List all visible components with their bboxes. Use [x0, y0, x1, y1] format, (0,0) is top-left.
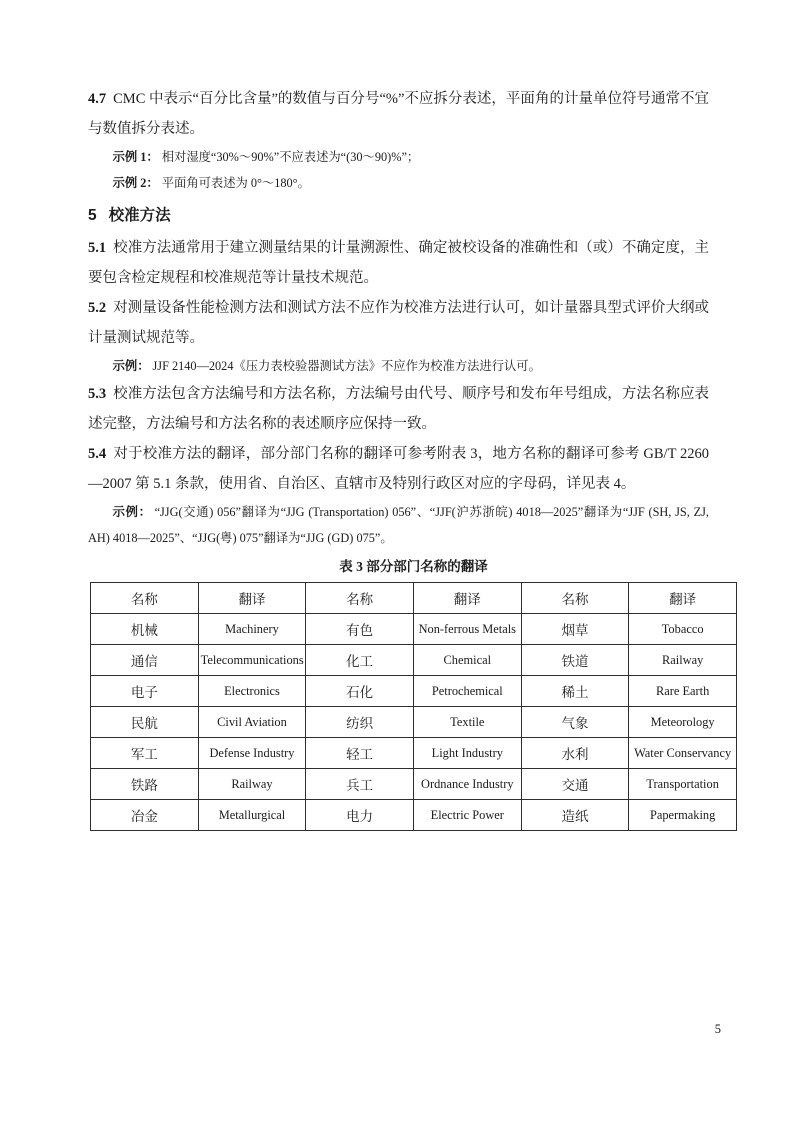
example-2-label: 示例 2： [113, 176, 159, 190]
table-header-cell: 翻译 [413, 583, 521, 614]
table-header-cell: 翻译 [198, 583, 306, 614]
table-header: 名称翻译名称翻译名称翻译 [91, 583, 737, 614]
clause-5-2-number: 5.2 [88, 300, 106, 316]
table-cell: 化工 [306, 645, 414, 676]
section-5-number: 5 [88, 207, 97, 224]
example-5-2-text: JJF 2140—2024《压力表校验器测试方法》不应作为校准方法进行认可。 [153, 359, 541, 373]
section-5-title: 校准方法 [109, 207, 171, 224]
example-5-2: 示例：JJF 2140—2024《压力表校验器测试方法》不应作为校准方法进行认可… [88, 353, 709, 379]
table-row: 冶金Metallurgical电力Electric Power造纸Paperma… [91, 800, 737, 831]
table-header-cell: 名称 [91, 583, 199, 614]
clause-4-7: 4.7CMC 中表示“百分比含量”的数值与百分号“%”不应拆分表述，平面角的计量… [88, 84, 709, 144]
clause-5-1-text: 校准方法通常用于建立测量结果的计量溯源性、确定被校设备的准确性和（或）不确定度，… [88, 240, 709, 286]
table-cell: Textile [413, 707, 521, 738]
table-cell: Metallurgical [198, 800, 306, 831]
table-cell: Telecommunications [198, 645, 306, 676]
table-cell: Petrochemical [413, 676, 521, 707]
table-header-cell: 翻译 [629, 583, 737, 614]
table-cell: Water Conservancy [629, 738, 737, 769]
clause-5-3-number: 5.3 [88, 386, 106, 402]
example-1-text: 相对湿度“30%～90%”不应表述为“(30～90)%”； [162, 150, 420, 164]
table-cell: 造纸 [521, 800, 629, 831]
section-5-heading: 5校准方法 [88, 200, 709, 231]
page-number: 5 [715, 1022, 721, 1037]
table-3-caption: 表 3 部分部门名称的翻译 [90, 557, 737, 577]
table-cell: 有色 [306, 614, 414, 645]
table-cell: 气象 [521, 707, 629, 738]
example-2: 示例 2：平面角可表述为 0°～180°。 [88, 170, 709, 196]
table-cell: Papermaking [629, 800, 737, 831]
table-cell: Meteorology [629, 707, 737, 738]
clause-5-1: 5.1校准方法通常用于建立测量结果的计量溯源性、确定被校设备的准确性和（或）不确… [88, 233, 709, 293]
table-row: 铁路Railway兵工Ordnance Industry交通Transporta… [91, 769, 737, 800]
table-cell: 石化 [306, 676, 414, 707]
table-cell: Railway [629, 645, 737, 676]
document-page: 4.7CMC 中表示“百分比含量”的数值与百分号“%”不应拆分表述，平面角的计量… [0, 0, 793, 1123]
table-cell: 电力 [306, 800, 414, 831]
table-cell: 电子 [91, 676, 199, 707]
table-cell: Ordnance Industry [413, 769, 521, 800]
table-cell: 冶金 [91, 800, 199, 831]
table-row: 军工Defense Industry轻工Light Industry水利Wate… [91, 738, 737, 769]
clause-5-3-text: 校准方法包含方法编号和方法名称，方法编号由代号、顺序号和发布年号组成，方法名称应… [88, 386, 709, 432]
table-cell: 稀土 [521, 676, 629, 707]
example-5-4-text: “JJG(交通) 056”翻译为“JJG (Transportation) 05… [88, 505, 709, 545]
table-cell: Transportation [629, 769, 737, 800]
table-cell: 兵工 [306, 769, 414, 800]
table-cell: Non-ferrous Metals [413, 614, 521, 645]
table-cell: 民航 [91, 707, 199, 738]
clause-5-2: 5.2对测量设备性能检测方法和测试方法不应作为校准方法进行认可，如计量器具型式评… [88, 293, 709, 353]
table-cell: Machinery [198, 614, 306, 645]
table-cell: Electric Power [413, 800, 521, 831]
table-cell: 军工 [91, 738, 199, 769]
table-row: 机械Machinery有色Non-ferrous Metals烟草Tobacco [91, 614, 737, 645]
table-header-cell: 名称 [521, 583, 629, 614]
table-cell: Defense Industry [198, 738, 306, 769]
table-cell: Light Industry [413, 738, 521, 769]
table-cell: 烟草 [521, 614, 629, 645]
table-row: 通信Telecommunications化工Chemical铁道Railway [91, 645, 737, 676]
clause-5-4: 5.4对于校准方法的翻译，部分部门名称的翻译可参考附表 3，地方名称的翻译可参考… [88, 439, 709, 499]
table-cell: 水利 [521, 738, 629, 769]
example-2-text: 平面角可表述为 0°～180°。 [162, 176, 310, 190]
table-header-row: 名称翻译名称翻译名称翻译 [91, 583, 737, 614]
table-cell: Chemical [413, 645, 521, 676]
clause-5-2-text: 对测量设备性能检测方法和测试方法不应作为校准方法进行认可，如计量器具型式评价大纲… [88, 300, 709, 346]
example-1-label: 示例 1： [113, 150, 159, 164]
table-cell: 纺织 [306, 707, 414, 738]
example-5-4-label: 示例： [113, 505, 152, 519]
table-cell: Rare Earth [629, 676, 737, 707]
clause-5-1-number: 5.1 [88, 240, 106, 256]
table-cell: 通信 [91, 645, 199, 676]
table-cell: Railway [198, 769, 306, 800]
table-cell: Civil Aviation [198, 707, 306, 738]
table-cell: 交通 [521, 769, 629, 800]
clause-4-7-number: 4.7 [88, 91, 106, 107]
clause-5-4-text: 对于校准方法的翻译，部分部门名称的翻译可参考附表 3，地方名称的翻译可参考 GB… [88, 446, 709, 492]
example-1: 示例 1：相对湿度“30%～90%”不应表述为“(30～90)%”； [88, 144, 709, 170]
clause-5-3: 5.3校准方法包含方法编号和方法名称，方法编号由代号、顺序号和发布年号组成，方法… [88, 379, 709, 439]
table-cell: 铁道 [521, 645, 629, 676]
example-5-2-label: 示例： [113, 359, 150, 373]
clause-5-4-number: 5.4 [88, 446, 106, 462]
table-body: 机械Machinery有色Non-ferrous Metals烟草Tobacco… [91, 614, 737, 831]
table-3-departments: 名称翻译名称翻译名称翻译 机械Machinery有色Non-ferrous Me… [90, 582, 737, 831]
table-cell: 轻工 [306, 738, 414, 769]
clause-4-7-text: CMC 中表示“百分比含量”的数值与百分号“%”不应拆分表述，平面角的计量单位符… [88, 91, 709, 137]
table-row: 民航Civil Aviation纺织Textile气象Meteorology [91, 707, 737, 738]
table-cell: 机械 [91, 614, 199, 645]
table-header-cell: 名称 [306, 583, 414, 614]
example-5-4: 示例：“JJG(交通) 056”翻译为“JJG (Transportation)… [88, 499, 709, 551]
table-cell: Tobacco [629, 614, 737, 645]
table-cell: 铁路 [91, 769, 199, 800]
table-cell: Electronics [198, 676, 306, 707]
table-row: 电子Electronics石化Petrochemical稀土Rare Earth [91, 676, 737, 707]
